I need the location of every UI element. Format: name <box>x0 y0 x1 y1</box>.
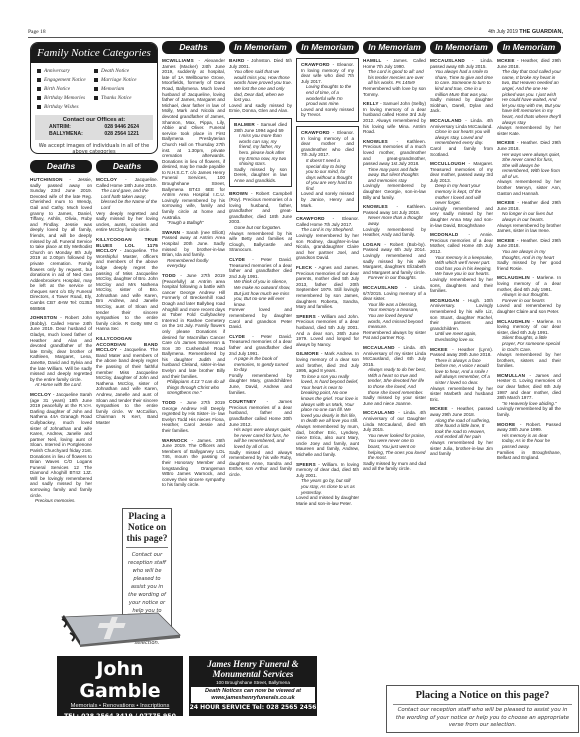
memoriam-banner: In Memoriam <box>363 41 426 54</box>
notice-surname: MCKEE <box>497 58 515 63</box>
notice-verse: The years go by, but still you stay, As … <box>296 478 359 495</box>
notice-entry: MCLAUGHLIN - Marlene. In loving memory o… <box>497 275 561 314</box>
category-item: Thanks Notice <box>94 94 151 102</box>
notice-signoff: Families in Broughshane, Belfast and Eng… <box>497 450 561 461</box>
notice-text: - Jacqueline. The Worshipful Master, off… <box>96 248 158 331</box>
notice-surname: BAIRD <box>229 58 245 63</box>
notice-entry: KNOWLES - Kathleen. Precious memories of… <box>363 139 426 201</box>
notice-entry: KELLY - Samuel John (Selby) In loving me… <box>363 101 426 135</box>
notice-entry: SWANN - Sarah (nee Elliott) Passed away … <box>162 230 225 269</box>
notice-entry: MCDONALD - Annie. Precious memories of a… <box>430 232 493 294</box>
notice-text: - Hugh. 10th Anniversary. Lovingly remem… <box>430 298 493 331</box>
notice-signoff: Always remembered by his wife Betty and … <box>229 231 292 253</box>
notice-entry: MCKEE - Heather. Died 29th June 2018.You… <box>497 238 561 272</box>
memoriam-banner: In Memoriam <box>430 41 493 54</box>
notice-verse: You always had a smile to share, Time to… <box>430 69 493 97</box>
notice-signoff: Lovingly remembered and very sadly misse… <box>430 206 493 228</box>
notice-surname: MCWILLIAMS <box>162 58 194 63</box>
notice-entry: HAMILL - James. Called Home 7th July 199… <box>363 58 426 97</box>
notice-entry: HUTCHINSON - Jessie, sadly passed away o… <box>30 177 92 311</box>
notice-text: - Jacqueline. The Band Mater and members… <box>96 347 158 425</box>
notice-surname: WARNOCK <box>162 438 188 443</box>
notice-signoff: Lovingly remembered by her son Rodney, d… <box>296 233 359 261</box>
memoriam-column-5: In Memoriam MCKEE - Heather, died 29th J… <box>497 41 561 465</box>
notice-signoff: Loved and sorely missed by Trevor. <box>301 107 354 118</box>
category-item: Death Notice <box>94 67 151 75</box>
notice-entry: MCCAUSLAND - Linda. passed away 6th July… <box>430 58 493 114</box>
notice-verse: It doesn't need a special day to bring y… <box>301 158 354 192</box>
memoriam-banner: In Memoriam <box>296 41 359 54</box>
john-gamble-phone: TEL: 028 2564 3419 / 07775 950 144 <box>57 712 183 730</box>
notice-text: - Robert Campbell (Roy). Precious memori… <box>229 191 292 224</box>
notice-surname: COURTNEY <box>229 399 256 404</box>
notice-entry: MCCAULAND - Linda. 4th Anniversary of my… <box>363 345 426 407</box>
notice-surname: SWANN <box>162 230 180 235</box>
notice-verse: Your memory is a keepsake, With which we… <box>430 255 493 277</box>
notice-surname: MCKEE <box>430 406 448 411</box>
notice-entry: JOHNSTON - Robert John (Bobby). Called H… <box>30 315 92 388</box>
notice-surname: MCCAULAND <box>363 345 395 350</box>
website-link[interactable]: www.jameshenryfunerals.co.uk <box>191 695 315 702</box>
notice-verse: Silent thoughts, a little prayer, For so… <box>497 335 561 352</box>
notice-surname: MCLAUGHLIN <box>497 319 530 324</box>
john-gamble-advert: John Gamble Memorials • Renovations • In… <box>57 656 183 716</box>
notice-entry: MCKEE - Heather, died 29th June 2018.The… <box>497 58 561 136</box>
notice-surname: MOORE <box>497 422 515 427</box>
notice-verse: Precious memories. <box>30 498 92 504</box>
contact-title: Contact our Offices at: <box>41 117 147 124</box>
notice-verse: His memory is as dear today, As in the h… <box>497 433 561 450</box>
notice-signoff: Lovingly remembered by all the family. <box>497 406 561 417</box>
notice-entry: MCWILLIAMS - Alexander James (Macker) 24… <box>162 58 225 226</box>
notice-entry: MCMULLAN - James and Hester G. Loving me… <box>497 373 561 418</box>
notice-surname: CLYDE <box>229 257 245 262</box>
notice-entry: LOGAN - Robert (Bob-by). Passed away 6th… <box>363 242 426 281</box>
notice-surname: BROWN <box>229 191 248 196</box>
notice-surname: KNOWLES <box>363 139 388 144</box>
memoriam-column-1: In Memoriam BAIRD - Johnston. Died 5th J… <box>229 41 292 482</box>
notice-verse: Remembered fondly everyday. <box>162 258 225 269</box>
notice-signoff: Sadly missed and always remembered by hi… <box>229 450 292 478</box>
notice-entry: SPEERS - William. In loving memory of de… <box>296 462 359 507</box>
notice-surname: JOHNSTON <box>30 315 57 320</box>
notice-surname: CRAWFORD <box>301 62 330 67</box>
placing-notice-title: Placing a Notice on this page? <box>126 512 168 548</box>
notice-entry: FLECK - Agnes and James. Precious memori… <box>296 265 359 310</box>
notice-verse: You often said that we would miss you, H… <box>229 69 292 103</box>
office-ballymena: BALLYMENA:028 2564 1221 <box>41 131 147 138</box>
notice-signoff: Always remembered by her brother Mervyn,… <box>497 179 561 196</box>
placing-notice-large: Placing a Notice on this page? Contact o… <box>386 685 579 733</box>
notice-surname: CRAWFORD <box>301 130 330 135</box>
notice-entry: BALMER - Samuel died 28th June 1994 aged… <box>229 118 292 188</box>
issue-date: 4th July 2019 THE GUARDIAN, <box>488 29 563 35</box>
notice-entry: MCLAUGHLIN - Marlene. In loving memory o… <box>497 319 561 369</box>
notice-verse: At Home with the Lord. <box>30 382 92 388</box>
notice-signoff: Carol and family from Scotland. <box>430 146 493 157</box>
notice-text: - Jacqueline Sarah (age 31 years) 18th J… <box>30 392 92 498</box>
notice-surname: HAMILL <box>363 58 382 63</box>
newspaper-page: Page 18 4th July 2019 THE GUARDIAN, Fami… <box>28 28 563 708</box>
notice-entry: MCKEE - Heather, passed away 29th June 2… <box>430 406 493 456</box>
notice-text: - June 27th 2019 (Peacefully) at Antrim … <box>162 273 225 379</box>
notice-surname: MCDONALD <box>430 232 458 237</box>
notice-surname: TODD <box>162 400 176 405</box>
notice-surname: LOGAN <box>363 242 381 247</box>
notice-entry: MCKEE - Heather. Died 29th June 2018.Her… <box>497 140 561 196</box>
memoriam-banner: In Memoriam <box>497 41 561 54</box>
notice-entry: MCCLOY - Jacqueline. Called Home 18th Ju… <box>96 177 158 233</box>
notice-verse: Never more than a thought away. <box>363 215 426 226</box>
notice-text: - William and John. Precious memories of… <box>296 314 359 347</box>
notice-surname: GILMORE <box>296 351 319 356</box>
notice-surname: MCMULLAN <box>497 373 525 378</box>
notice-entry: CLYDE - Peter David. Treasured memories … <box>229 334 292 396</box>
notice-verse: No longer in our lives but always in our… <box>497 211 561 222</box>
notice-surname: MCKEE <box>497 238 515 243</box>
accept-images-note: We accept images of individuals in all o… <box>31 142 157 154</box>
phone-antrim: 028 9446 2624 <box>104 124 139 131</box>
notice-text: - Alexander James (Macker) 24th June 201… <box>162 58 225 220</box>
category-item: Birthday Wishes <box>37 103 94 111</box>
notice-text: - Robert (Bob-by). Passed away 6th July … <box>363 242 426 275</box>
notice-signoff: Always remembered by her sister Julia, b… <box>430 440 493 457</box>
notice-surname: TODD <box>162 273 176 278</box>
category-item: Birth Notice <box>37 85 94 93</box>
notice-signoff: Lovingly remembered by her sons, daughte… <box>430 277 493 294</box>
notice-entry: CLYDE - Peter David. Treasured memories … <box>229 257 292 330</box>
notice-signoff: Sadly missed by your sister June and nie… <box>363 395 426 406</box>
notice-verse: Time may pass and fade away. But silent … <box>363 167 426 184</box>
notice-surname: MCCAULAND <box>363 410 395 415</box>
notice-surname: HUTCHINSON <box>30 177 63 182</box>
notice-entry: BROWN - Robert Campbell (Roy). Precious … <box>229 191 292 253</box>
notice-surname: KELLY <box>363 101 379 106</box>
bible-icon <box>58 611 182 647</box>
notice-verse: Forever in our thoughts. <box>363 275 426 281</box>
notice-entry: CRAWFORD - Eleanor. Called Home 7th July… <box>296 216 359 261</box>
notice-verse: Until we meet again, Everlasting love xx… <box>430 331 493 342</box>
notice-signoff: Sadly missed by her good friend Rosie. <box>497 260 561 271</box>
notice-signoff: Remembered with love by son Tommy. <box>363 86 426 97</box>
deaths-column-1: Deaths HUTCHINSON - Jessie, sadly passed… <box>30 160 92 508</box>
notice-signoff: Loved and sadly missed by Ernie, Donna, … <box>229 103 292 114</box>
notice-verse: "Faugh a Ballagh" <box>162 220 225 226</box>
deaths-banner: Deaths <box>162 41 225 54</box>
notice-verse: His ways were always quiet, he never car… <box>229 427 292 449</box>
notice-signoff: Lovingly remembered by Heather, Andy and… <box>363 227 426 238</box>
notice-text: - James. 26th June 2019. The Officers an… <box>162 438 225 488</box>
notice-entry: TODD - June 27th 2019 George Andrew Hill… <box>162 400 225 434</box>
notice-surname: MCCLOY <box>96 177 117 182</box>
notice-signoff: Always remembered by her sister Kate. <box>497 125 561 136</box>
notice-entry: BAIRD - Johnston. Died 5th July 2001.You… <box>229 58 292 114</box>
notice-verse: You are always in my thoughts, And in my… <box>497 249 561 260</box>
notice-verse: The Lord is good to all: and his tender … <box>363 69 426 86</box>
notice-surname: MCLAUGHLIN <box>497 275 530 280</box>
notice-surname: MCKEE <box>430 347 448 352</box>
notice-signoff: Lovingly remembered by daughter Georgie,… <box>363 183 426 200</box>
website-box: Death Notices can now be viewed atwww.ja… <box>191 687 315 703</box>
notice-text: - Jessie, sadly passed away on Sunday 23… <box>30 177 92 311</box>
notice-signoff: Forever loved and remembered by daughter… <box>229 307 292 329</box>
notice-entry: KNOWLES - Kathleen. Passed away 1st July… <box>363 204 426 238</box>
memoriam-column-3: In Memoriam HAMILL - James. Called Home … <box>363 41 426 476</box>
notice-entry: MCCAULAND - Linda. 4th Anniversary of ou… <box>363 410 426 472</box>
notice-surname: KNOWLES <box>363 204 388 209</box>
notice-surname: MCCAUSLAND <box>363 285 398 290</box>
header-rule <box>28 37 563 38</box>
notice-surname: MCCULLOUGH <box>430 161 465 166</box>
notice-signoff: Loved and remembered by daughter Claire … <box>497 303 561 314</box>
notice-entry: GILMORE - Mark Andrew. In loving memory … <box>296 351 359 457</box>
notice-surname: MCKEE <box>497 200 515 205</box>
notice-text: - June 27th 2019 George Andrew Hill Deep… <box>162 400 225 433</box>
notice-surname: CLYDE <box>229 334 245 339</box>
notice-entry: MCKEE - Heather died 29th June 2018.No l… <box>497 200 561 234</box>
notice-verse: There is always a face before me, A voic… <box>430 358 493 386</box>
notice-surname: MCKEE <box>497 140 515 145</box>
notice-entry: MOORE - Robert. Passed away 28th June 19… <box>497 422 561 461</box>
category-list: AnniversaryDeath NoticeEngagement Notice… <box>31 63 157 113</box>
page-number: Page 18 <box>28 29 46 35</box>
category-item: Birthday Memories <box>37 94 94 102</box>
notice-signoff: Always remembered by her sister Marbeth … <box>430 386 493 403</box>
james-henry-advert: James Henry Funeral & Monumental Service… <box>189 656 317 716</box>
notice-surname: BALMER <box>234 122 255 127</box>
notice-entry: WARNOCK - James. 26th June 2019. The Off… <box>162 438 225 488</box>
notice-entry: MCCULLOUGH - Margaret. Treasured memorie… <box>430 161 493 228</box>
placing-notice-title: Placing a Notice on this page? <box>393 689 572 705</box>
notice-signoff: Sadly missed by mum and dad and all the … <box>363 461 426 472</box>
category-item: Memoriam <box>94 85 151 93</box>
notice-surname: MCCAULAND <box>430 118 462 123</box>
notice-surname: SPEERS <box>296 314 316 319</box>
notice-signoff: Fondly remembered by daughter Mary, gran… <box>229 373 292 395</box>
notice-entry: MCGRUGAN - Hugh. 10th Anniversary. Lovin… <box>430 298 493 343</box>
notice-verse: Always in our thoughts. Forever in our h… <box>497 292 561 303</box>
notice-verse: Loving thoughts to the end of time, of a… <box>301 84 354 106</box>
contact-offices: Contact our Offices at: ANTRIM:028 9446 … <box>35 115 153 140</box>
notice-entry: SPEERS - William and John. Precious memo… <box>296 314 359 348</box>
notice-verse: Close in our hearts you will always stay… <box>430 129 493 146</box>
notice-verse: Philippians 4:13 "I can do all things th… <box>162 379 225 396</box>
notice-verse: The day that God called your name, It br… <box>497 69 561 125</box>
deaths-column-2: Deaths MCCLOY - Jacqueline. Called Home … <box>96 160 158 430</box>
notice-signoff: Always remembered by her brothers, siste… <box>497 352 561 369</box>
notice-signoff: Sadly missed by daughter Siobhan, Darell… <box>430 97 493 114</box>
notice-entry: KILLYCOOGAN TRUE BLUES LOL 1175 MCCLOY -… <box>96 237 158 332</box>
notice-entry: MCCAULAND - Linda. 4th Anniversary Linda… <box>430 118 493 157</box>
notice-surname: CRAWFORD <box>296 216 325 221</box>
deaths-banner: Deaths <box>96 160 158 173</box>
notice-verse: A page in the book of memories, Is gentl… <box>229 356 292 373</box>
notice-surname: MCCLOY <box>30 392 51 397</box>
deaths-column-3: Deaths MCWILLIAMS - Alexander James (Mac… <box>162 41 225 492</box>
notice-signoff: Sadly missed by son Derek, daughter in l… <box>234 167 287 184</box>
notice-signoff: Loved and missed by daughter Marie and s… <box>296 495 359 506</box>
memoriam-banner: In Memoriam <box>229 41 292 54</box>
notice-entry: COURTNEY - James Precious memories of a … <box>229 399 292 477</box>
notice-text: - Samuel John (Selby) In loving memory o… <box>363 101 426 134</box>
category-item: Marriage Notice <box>94 76 151 84</box>
notice-entry: MCKEE - Heather (Lynn). Passed away 29th… <box>430 347 493 403</box>
notice-entry: CRAWFORD - Eleanor. In loving memory of … <box>296 58 359 122</box>
notice-verse: You never looked for praise, You were ne… <box>363 433 426 461</box>
notice-surname: MCCAUSLAND <box>430 58 465 63</box>
placing-notice-body: Contact our reception staff who will be … <box>393 707 572 730</box>
categories-title: Family Notice Categories <box>31 43 157 63</box>
notice-entry: MCCLOY - Jacqueline Sarah (age 31 years)… <box>30 392 92 504</box>
office-antrim: ANTRIM:028 9446 2624 <box>41 124 147 131</box>
category-item: Engagement Notice <box>37 76 94 84</box>
notice-entry: CRAWFORD - Eleanor. In loving memory of … <box>296 126 359 212</box>
notice-surname: FLECK <box>296 265 312 270</box>
paper-name: THE GUARDIAN, <box>519 29 563 35</box>
notice-entry: MCCAUSLAND - Linda. 6/7/2015. Loving mem… <box>363 285 426 341</box>
notice-verse: Your life was a blessing, Your memory a … <box>363 302 426 330</box>
category-item: Anniversary <box>37 67 94 75</box>
phone-ballymena: 028 2564 1221 <box>104 131 139 138</box>
notice-signoff: Remembered always by sister Pat and part… <box>363 330 426 341</box>
notice-verse: We think of you in silence, We make no o… <box>229 279 292 307</box>
notice-verse: The Lord gave, and the Lord hath taken a… <box>96 188 158 210</box>
deaths-banner: Deaths <box>30 160 92 173</box>
notice-verse: To lose a son you really loved, Is hard … <box>296 374 359 424</box>
notice-text: - Robert John (Bobby). Called Home 24th … <box>30 315 92 382</box>
memoriam-column-2: In Memoriam CRAWFORD - Eleanor. In lovin… <box>296 41 359 510</box>
notice-signoff: Very deeply regretted and sadly missed b… <box>96 211 158 233</box>
notice-verse: Along the road of suffering, She found a… <box>430 418 493 440</box>
notice-verse: Deep in my heart your memory is kept, Of… <box>430 183 493 205</box>
memoriam-column-4: In Memoriam MCCAUSLAND - Linda. passed a… <box>430 41 493 461</box>
notice-verse: Her ways were always quiet, She never ca… <box>497 152 561 180</box>
notice-signoff: Loved and sorely missed by Janice, Henry… <box>301 191 354 208</box>
james-henry-phone: 24 HOUR SERVICE Tel: 028 2565 2456 <box>189 704 317 712</box>
family-notice-categories: Family Notice Categories AnniversaryDeat… <box>30 42 158 154</box>
notice-entry: KILLYCOOGAN ACCORDIAN BAND MCCLOY - Jacq… <box>96 336 158 426</box>
notice-verse: I miss you more than words can say, my f… <box>234 133 287 167</box>
notice-surname: MCGRUGAN <box>430 298 459 303</box>
notice-signoff: Always remembered by brother James, sist… <box>497 223 561 234</box>
notice-verse: Always ready to do her best, With a hear… <box>363 367 426 395</box>
notice-surname: SPEERS <box>296 462 316 467</box>
notice-text: - Agnes and James. Precious memories of … <box>296 265 359 309</box>
notice-entry: TODD - June 27th 2019 (Peacefully) at An… <box>162 273 225 396</box>
notice-signoff: Always remembered by mum, dad, brother E… <box>296 424 359 458</box>
